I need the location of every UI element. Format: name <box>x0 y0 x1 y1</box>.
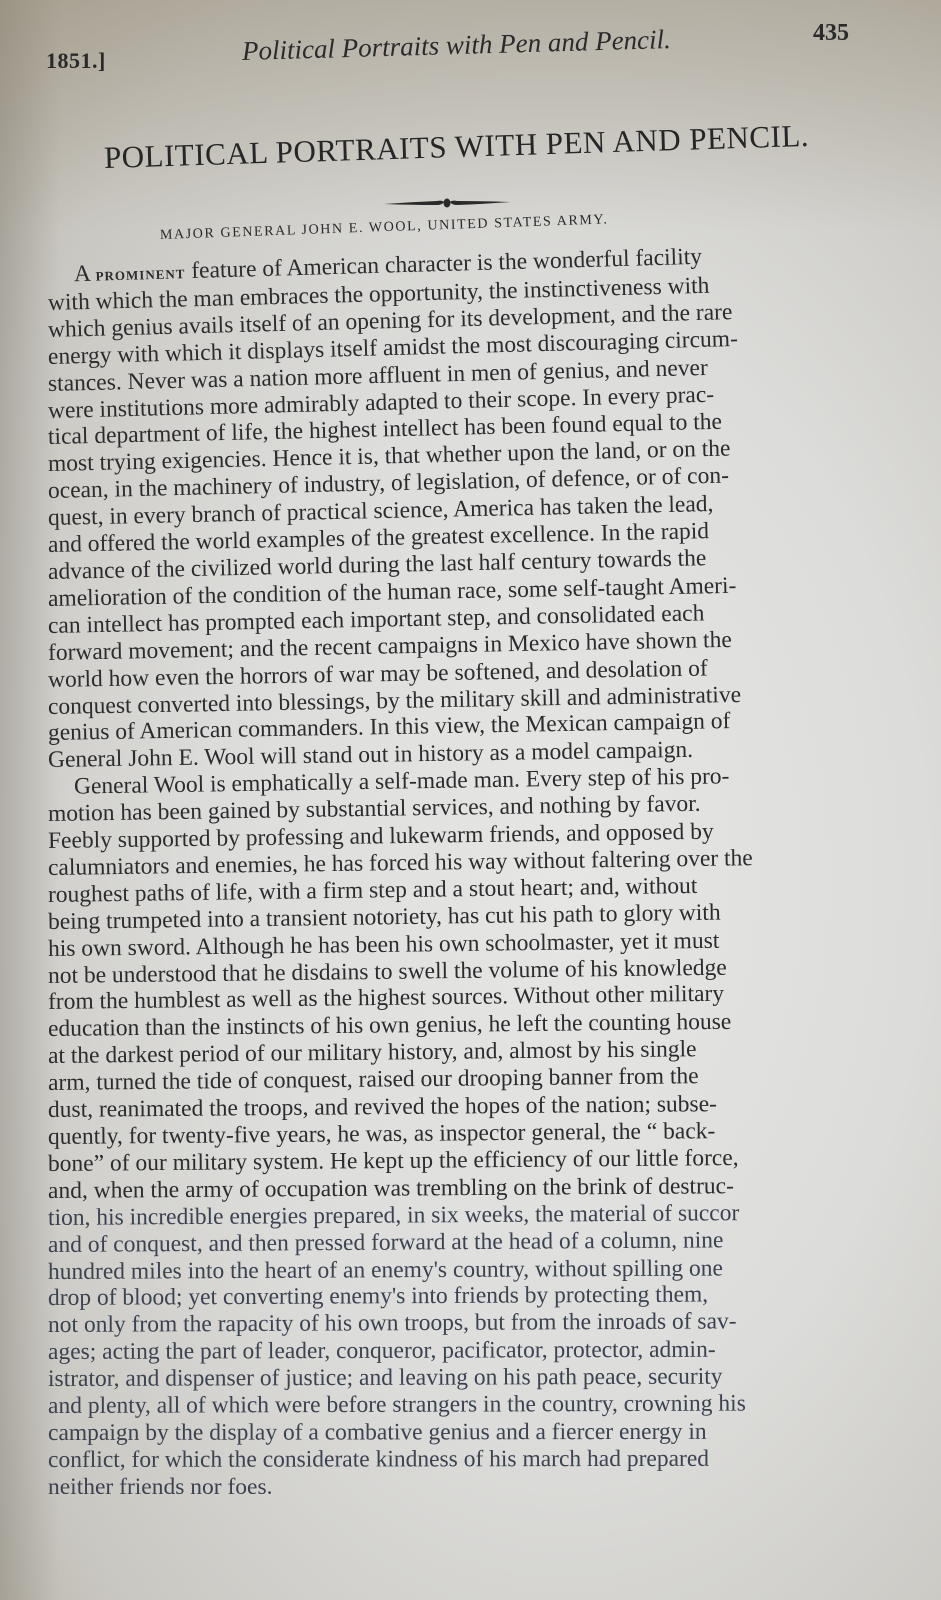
running-head: 1851.] Political Portraits with Pen and … <box>46 30 841 80</box>
article-subtitle: MAJOR GENERAL JOHN E. WOOL, UNITED STATE… <box>160 212 609 244</box>
lead-smallcaps: prominent <box>95 262 185 285</box>
article-body: A prominent feature of American characte… <box>48 262 878 1501</box>
text-line: not only from the rapacity of his own tr… <box>48 1308 878 1339</box>
page-number: 435 <box>813 20 849 47</box>
text-line: and of conquest, and then pressed forwar… <box>48 1226 878 1259</box>
text-line: campaign by the display of a combative g… <box>48 1419 878 1447</box>
running-head-title: Political Portraits with Pen and Pencil. <box>242 24 672 67</box>
text-line: ages; acting the part of leader, conquer… <box>48 1336 878 1366</box>
text-line: conflict, for which the considerate kind… <box>48 1445 878 1473</box>
book-page: 1851.] Political Portraits with Pen and … <box>0 0 941 1600</box>
lead-initial: A <box>74 261 90 287</box>
article-title: POLITICAL PORTRAITS WITH PEN AND PENCIL. <box>103 118 804 176</box>
text-line: neither friends nor foes. <box>48 1474 878 1501</box>
running-head-year: 1851.] <box>46 48 106 74</box>
text-line: and plenty, all of which were before str… <box>48 1390 878 1420</box>
text-line: istrator, and dispenser of justice; and … <box>48 1363 878 1393</box>
ornament-divider-icon <box>382 196 512 210</box>
